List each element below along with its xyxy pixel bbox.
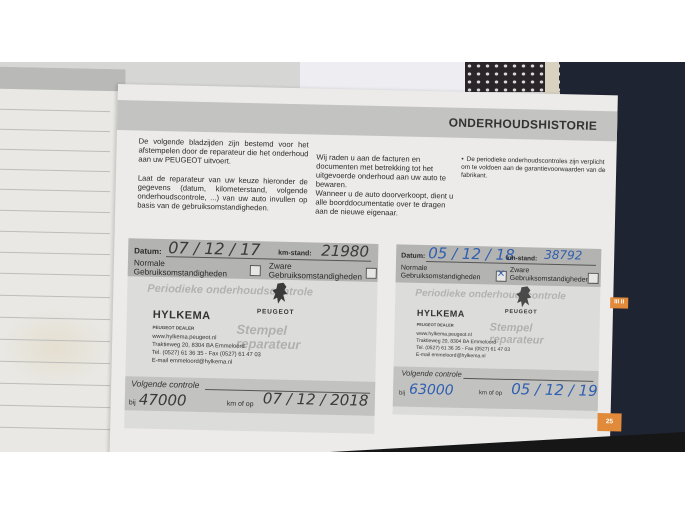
ruled-line [0, 189, 110, 192]
ruled-line [0, 252, 110, 255]
card-title: Periodieke onderhoudscontrole [415, 288, 566, 302]
ruled-line [0, 295, 110, 298]
maintenance-history-page: ONDERHOUDSHISTORIE De volgende bladzijde… [110, 84, 618, 452]
service-record-2: Datum: 05 / 12 / 18 km-stand: 38792 Norm… [393, 244, 602, 419]
ruled-line [0, 210, 110, 213]
ruled-line [0, 129, 110, 132]
next-km: 63000 [409, 382, 454, 399]
warranty-note-text: De periodieke onderhoudscontroles zijn v… [461, 156, 606, 179]
stamp-placeholder: Stempel reparateur [236, 323, 307, 353]
next-control-label: Volgende controle [131, 378, 199, 390]
ruled-line [0, 231, 110, 234]
dealer-email: E-mail emmeloord@hylkema.nl [152, 358, 233, 366]
left-page-header-band [0, 67, 125, 92]
dealer-subtitle: PEUGEOT DEALER [152, 325, 194, 331]
km-or-on-label: km of op [479, 390, 502, 397]
heavy-conditions-checkbox[interactable] [588, 273, 599, 284]
booklet-photo: ONDERHOUDSHISTORIE De volgende bladzijde… [0, 62, 685, 452]
ruled-line [0, 273, 110, 276]
page-number: 25 [597, 413, 621, 432]
dealer-name: HYLKEMA [417, 308, 465, 319]
heavy-conditions-checkbox[interactable] [366, 268, 377, 279]
record-km: 38792 [544, 248, 582, 263]
normal-conditions-label: Normale Gebruiksomstandigheden [134, 258, 244, 278]
next-control-label: Volgende controle [401, 369, 461, 379]
normal-conditions-checkbox[interactable] [250, 265, 261, 276]
intro-paragraph-3: Wij raden u aan de facturen en documente… [316, 153, 457, 192]
record-km: 21980 [321, 242, 369, 261]
dealer-address: Traktieweg 20, 8304 BA Emmeloord [152, 342, 245, 350]
ruled-line [0, 149, 110, 152]
dealer-brand: PEUGEOT [257, 308, 295, 316]
next-date: 07 / 12 / 2018 [263, 389, 369, 409]
intro-paragraph-1: De volgende bladzijden zijn bestemd voor… [138, 136, 309, 167]
dealer-phone: Tel. (0527) 61 36 35 - Fax (0527) 61 47 … [152, 350, 261, 358]
heavy-conditions-label: Zware Gebruiksomstandigheden [510, 267, 590, 285]
stamp-placeholder: Stempel reparateur [489, 321, 550, 346]
ruled-line [0, 405, 110, 408]
next-km: 47000 [139, 391, 187, 410]
peugeot-lion-icon [513, 285, 536, 309]
dealer-website: www.hylkema.peugeot.nl [152, 334, 216, 341]
heavy-conditions-label: Zware Gebruiksomstandigheden [269, 261, 369, 281]
date-label: Datum: [134, 246, 162, 256]
dealer-subtitle: PEUGEOT DEALER [417, 322, 454, 328]
ruled-line [0, 427, 110, 430]
chapter-tab: III II [610, 297, 628, 308]
ruled-line [0, 169, 110, 172]
km-label: km-stand: [506, 255, 537, 263]
next-date: 05 / 12 / 19 [511, 380, 598, 400]
dealer-name: HYLKEMA [153, 309, 211, 322]
dealer-website: www.hylkema.peugeot.nl [416, 331, 471, 338]
normal-conditions-checkbox[interactable] [496, 271, 507, 282]
intro-paragraph-4: Wanneer u de auto doorverkoopt, dient u … [315, 189, 456, 219]
date-label: Datum: [401, 252, 425, 260]
at-label: bij [129, 399, 136, 406]
peugeot-lion-icon [269, 281, 292, 305]
service-record-1: Datum: 07 / 12 / 17 km-stand: 21980 Norm… [124, 238, 378, 434]
km-label: km-stand: [278, 250, 312, 258]
dealer-brand: PEUGEOT [505, 309, 538, 316]
intro-paragraph-2: Laat de reparateur van uw keuze hieronde… [137, 173, 308, 213]
ruled-line [0, 109, 110, 112]
normal-conditions-label: Normale Gebruiksomstandigheden [401, 264, 496, 282]
km-or-on-label: km of op [227, 401, 254, 409]
bullet-icon: • [461, 156, 463, 163]
left-notes-page [0, 67, 126, 452]
dealer-email: E-mail emmeloord@hylkema.nl [416, 352, 486, 360]
at-label: bij [399, 390, 405, 396]
warranty-note: •De periodieke onderhoudscontroles zijn … [461, 156, 607, 183]
